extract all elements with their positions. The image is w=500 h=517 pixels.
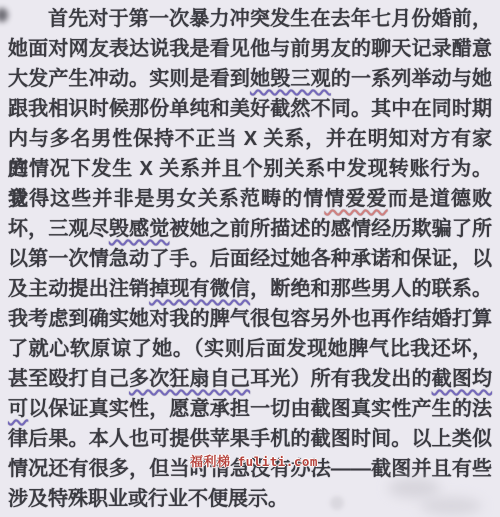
text-segment: 律后果。本人也可提供苹果手机的截图时间。以上类似: [8, 428, 492, 450]
text-segment: 甚至殴打自己: [8, 368, 129, 390]
watermark-site-name: 福利梯: [190, 454, 231, 469]
artifact-blob: [388, 478, 440, 498]
text-segment: 以保证真实性，愿意承担一切由截图真实性产生的法: [28, 398, 492, 420]
watermark-domain: fuliti.com: [238, 454, 318, 469]
text-segment: 的一系列举动与她: [331, 68, 492, 90]
text-line: 的情况下发生 X 关系并且个别关系中发现转账行为。我: [8, 154, 492, 184]
text-segment: 首先对于第一次暴力冲突发生在去年七月份婚前，: [48, 8, 492, 30]
text-segment: 觉得这些并非是男女关系范畴的情: [8, 188, 324, 210]
text-line: 了就心软原谅了她。（实则后面发现她脾气比我还坏，: [8, 334, 492, 364]
text-line: 坏，三观尽毁感觉被她之前所描述的感情经历欺骗了所: [8, 214, 492, 244]
text-segment: 被她之前所描述的感情经历欺骗了所: [169, 218, 492, 240]
text-segment: 坏，三观尽: [8, 218, 109, 240]
text-segment: ，断绝和那些男人的联系。: [250, 278, 492, 300]
post-text: 首先对于第一次暴力冲突发生在去年七月份婚前，她面对网友表达说我是看见他与前男友的…: [8, 4, 492, 514]
artifact-blob: [420, 497, 482, 515]
corner-smudge: [0, 8, 8, 22]
text-line: 大发产生冲动。实则是看到她毁三观的一系列举动与她: [8, 64, 492, 94]
squiggle-underlined-text: 情爱爱: [324, 188, 387, 210]
text-segment: 大发产生冲动。实则是看到: [8, 68, 250, 90]
screenshot-root: 首先对于第一次暴力冲突发生在去年七月份婚前，她面对网友表达说我是看见他与前男友的…: [0, 0, 500, 517]
text-line: 她面对网友表达说我是看见他与前男友的聊天记录醋意: [8, 34, 492, 64]
text-line: 及主动提出注销掉现有微信，断绝和那些男人的联系。: [8, 274, 492, 304]
squiggle-underlined-text: 可: [8, 398, 28, 420]
text-segment: 跟我相识时候那份单纯和美好截然不同。其中在同时期: [8, 98, 492, 120]
squiggle-underlined-text: 掉现有微信: [149, 278, 250, 300]
text-line: 我考虑到确实她对我的脾气很包容另外也再作结婚打算: [8, 304, 492, 334]
text-segment: 她面对网友表达说我是看见他与前男友的聊天记录醋意: [8, 38, 492, 60]
text-segment: 及主动提出注销: [8, 278, 149, 300]
squiggle-underlined-text: 截图均: [432, 368, 492, 390]
artifact-blob: [330, 496, 344, 510]
text-line: 可以保证真实性，愿意承担一切由截图真实性产生的法: [8, 394, 492, 424]
squiggle-underlined-text: 她毁三观: [250, 68, 331, 90]
text-line: 跟我相识时候那份单纯和美好截然不同。其中在同时期: [8, 94, 492, 124]
text-line: 觉得这些并非是男女关系范畴的情情爱爱而是道德败: [8, 184, 492, 214]
text-segment: 而是道德败: [388, 188, 492, 210]
watermark: 福利梯 fuliti.com: [190, 451, 318, 470]
text-line: 首先对于第一次暴力冲突发生在去年七月份婚前，: [8, 4, 492, 34]
text-segment: 了就心软原谅了她。（实则后面发现她脾气比我还坏，: [8, 338, 492, 360]
text-line: 甚至殴打自己多次狂扇自己耳光）所有我发出的截图均: [8, 364, 492, 394]
text-line: 律后果。本人也可提供苹果手机的截图时间。以上类似: [8, 424, 492, 454]
text-segment: 我考虑到确实她对我的脾气很包容另外也再作结婚打算: [8, 308, 492, 330]
squiggle-underlined-text: 毁感觉: [109, 218, 170, 240]
text-line: 内与多名男性保持不正当 X 关系，并在明知对方有家庭: [8, 124, 492, 154]
squiggle-underlined-text: 多次狂扇自己: [129, 368, 250, 390]
text-segment: 耳光）所有我发出的: [250, 368, 432, 390]
text-segment: 以第一次情急动了手。后面经过她各种承诺和保证，以: [8, 248, 492, 270]
text-line: 以第一次情急动了手。后面经过她各种承诺和保证，以: [8, 244, 492, 274]
text-segment: 涉及特殊职业或行业不便展示。: [8, 488, 288, 510]
